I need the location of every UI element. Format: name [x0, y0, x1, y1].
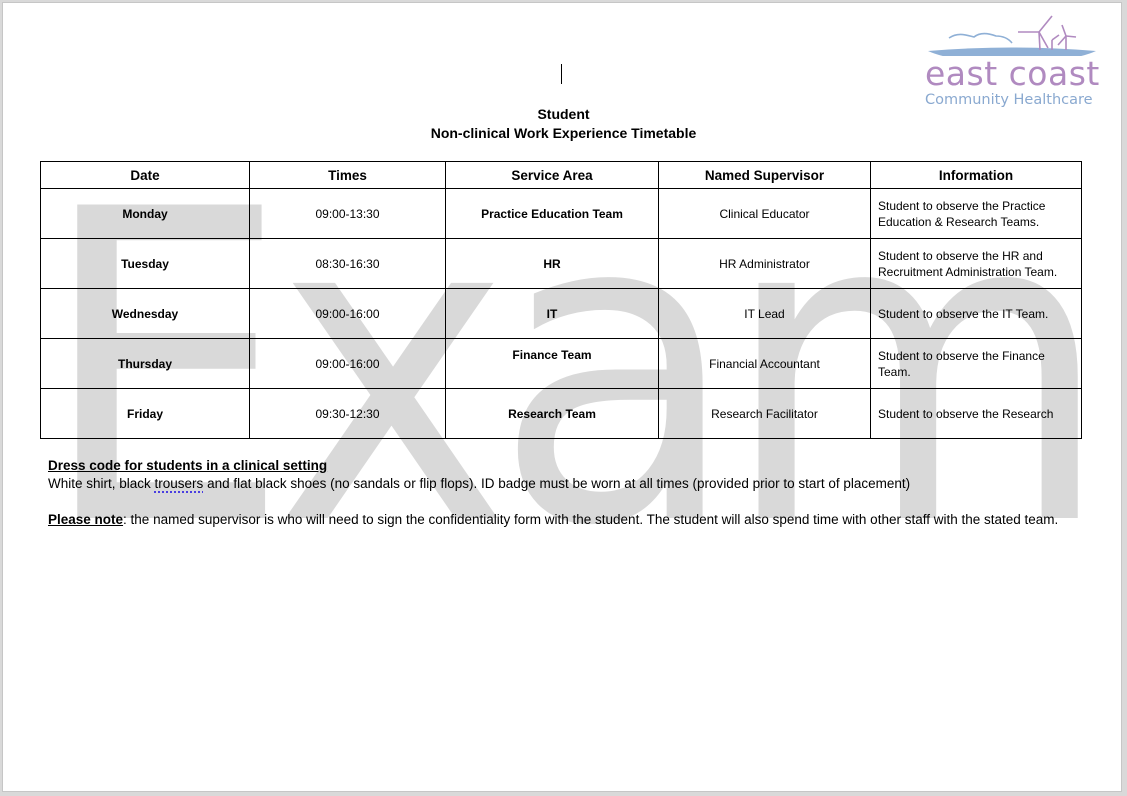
- cell-information: Student to observe the Practice Educatio…: [871, 189, 1082, 239]
- dress-code-text: White shirt, black trousers and flat bla…: [48, 475, 1058, 493]
- cell-date: Wednesday: [41, 289, 250, 339]
- spelling-flagged-word[interactable]: trousers: [155, 476, 204, 491]
- cell-information: Student to observe the Finance Team.: [871, 339, 1082, 389]
- table-row: Monday 09:00-13:30 Practice Education Te…: [41, 189, 1082, 239]
- cell-date: Thursday: [41, 339, 250, 389]
- cell-supervisor: Clinical Educator: [659, 189, 871, 239]
- column-header-named-supervisor: Named Supervisor: [659, 162, 871, 189]
- cell-service-area: Research Team: [446, 389, 659, 439]
- column-header-information: Information: [871, 162, 1082, 189]
- dress-code-text-start: White shirt, black: [48, 476, 155, 491]
- column-header-date: Date: [41, 162, 250, 189]
- cell-date: Tuesday: [41, 239, 250, 289]
- cell-information: Student to observe the Research: [871, 389, 1082, 439]
- dress-code-heading: Dress code for students in a clinical se…: [48, 457, 1058, 475]
- title-line-2: Non-clinical Work Experience Timetable: [0, 124, 1127, 143]
- table-row: Friday 09:30-12:30 Research Team Researc…: [41, 389, 1082, 439]
- cell-date: Monday: [41, 189, 250, 239]
- please-note-label: Please note: [48, 512, 123, 527]
- cell-service-area: IT: [446, 289, 659, 339]
- title-line-1: Student: [0, 105, 1127, 124]
- column-header-service-area: Service Area: [446, 162, 659, 189]
- table-row: Thursday 09:00-16:00 Finance Team Financ…: [41, 339, 1082, 389]
- cell-date: Friday: [41, 389, 250, 439]
- cell-information: Student to observe the IT Team.: [871, 289, 1082, 339]
- cell-supervisor: Research Facilitator: [659, 389, 871, 439]
- logo-brand-text: east coast: [925, 56, 1100, 92]
- please-note-text: Please note: the named supervisor is who…: [48, 511, 1058, 529]
- cell-times: 09:00-16:00: [250, 339, 446, 389]
- cell-service-area: HR: [446, 239, 659, 289]
- document-title: Student Non-clinical Work Experience Tim…: [0, 105, 1127, 143]
- wind-turbine-sea-icon: [922, 10, 1102, 56]
- cell-times: 08:30-16:30: [250, 239, 446, 289]
- text-cursor: [561, 64, 562, 84]
- cell-service-area: Practice Education Team: [446, 189, 659, 239]
- table-row: Tuesday 08:30-16:30 HR HR Administrator …: [41, 239, 1082, 289]
- dress-code-text-end: and flat black shoes (no sandals or flip…: [203, 476, 910, 491]
- cell-supervisor: Financial Accountant: [659, 339, 871, 389]
- table-row: Wednesday 09:00-16:00 IT IT Lead Student…: [41, 289, 1082, 339]
- table-header-row: Date Times Service Area Named Supervisor…: [41, 162, 1082, 189]
- cell-times: 09:00-16:00: [250, 289, 446, 339]
- cell-information: Student to observe the HR and Recruitmen…: [871, 239, 1082, 289]
- cell-times: 09:30-12:30: [250, 389, 446, 439]
- cell-times: 09:00-13:30: [250, 189, 446, 239]
- cell-service-area: Finance Team: [446, 339, 659, 389]
- please-note-body: : the named supervisor is who will need …: [123, 512, 1058, 527]
- column-header-times: Times: [250, 162, 446, 189]
- company-logo: east coast Community Healthcare: [922, 10, 1102, 115]
- notes-section: Dress code for students in a clinical se…: [48, 457, 1058, 529]
- cell-supervisor: IT Lead: [659, 289, 871, 339]
- cell-supervisor: HR Administrator: [659, 239, 871, 289]
- timetable-table: Date Times Service Area Named Supervisor…: [40, 161, 1082, 439]
